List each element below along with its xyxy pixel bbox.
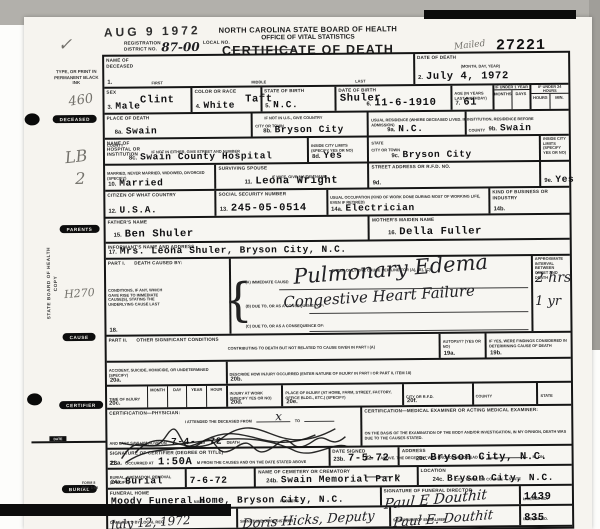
tab-parents: PARENTS: [60, 225, 100, 233]
birth-state-label: STATE OF BIRTH: [264, 88, 304, 94]
margin-mark-2: 2: [75, 169, 85, 188]
field-father: FATHER'S NAME 15.Ben Shuler: [106, 216, 371, 241]
to-label: TO: [295, 419, 300, 424]
findings-number: 19b.: [490, 350, 502, 356]
field-burial-date: 7-6-72: [187, 468, 257, 487]
autopsy-label: AUTOPSY? (YES OR NO): [443, 340, 483, 350]
ink-instruction: TYPE, OR PRINT IN PERMANENT BLACK INK: [52, 69, 100, 87]
certificate-paper: AUG 9 1972 ✓ REGISTRATION DISTRICT NO. 8…: [24, 17, 592, 529]
last-alive-date: 7-4-: [171, 436, 196, 447]
field-certification-physician: CERTIFICATION—PHYSICIAN: I ATTENDED THE …: [107, 408, 363, 448]
findings-label: IF YES, WERE FINDINGS CONSIDERED IN DETE…: [489, 339, 569, 349]
field-race: COLOR OR RACE 4.White: [193, 87, 263, 112]
immediate-cause-label: (a) IMMEDIATE CAUSE:: [245, 280, 289, 285]
residence-city-number: 9c.: [391, 153, 399, 159]
certifier-address-value: Bryson City, N.C.: [430, 451, 547, 464]
injury-state-label: STATE: [541, 394, 553, 399]
mother-value: Della Fuller: [399, 225, 482, 238]
tab-deceased: DECEASED: [53, 115, 97, 123]
age-value: 61: [463, 97, 477, 109]
first-label: FIRST: [152, 81, 163, 86]
injury-hour: HOUR: [207, 386, 226, 407]
business-label: KIND OF BUSINESS OR INDUSTRY: [492, 189, 567, 201]
date-tab: DATE: [49, 436, 66, 441]
registrar-signature: Doris Hicks, Deputy: [242, 509, 375, 529]
hours-box: HOURS: [531, 94, 550, 109]
name-label: NAME OF DECEASED: [106, 57, 140, 69]
tab-certifier: CERTIFIER: [59, 401, 103, 409]
margin-mark-h270: H270: [64, 286, 96, 301]
field-name-of-deceased: NAME OF DECEASED FIRSTClint MIDDLETaft L…: [104, 54, 415, 87]
under24-label: IF UNDER 24 HOURS: [531, 85, 568, 94]
copy-designation: STATE BOARD OF HEALTH COPY: [46, 241, 61, 325]
field-residence-icl-value: 9e.Yes: [541, 162, 569, 186]
certifier-signature-number: 23a.: [111, 461, 122, 467]
ssn-number: 13.: [220, 207, 228, 213]
sex-value: Male: [115, 100, 140, 111]
field-age-under-24-hours: IF UNDER 24 HOURS HOURS MIN.: [531, 85, 568, 109]
director-license-value: 1439: [524, 491, 552, 503]
place-of-injury-number: 20e.: [286, 399, 297, 405]
margin-rule: [31, 441, 105, 444]
scan-artifact-bottom-bar: [0, 504, 231, 516]
field-sex: SEX 3.Male: [104, 88, 192, 113]
father-value: Ben Shuler: [125, 228, 194, 241]
burial-date-value: 7-6-72: [190, 475, 228, 486]
date-signed-number: 23b.: [333, 457, 345, 463]
field-date-of-death: DATE OF DEATH (MONTH, DAY, YEAR) 2.July …: [415, 53, 568, 84]
cause-line-b: [310, 311, 529, 314]
field-burial-location: LOCATION CITY, TOWN, OR COUNTY — STATE 2…: [419, 466, 572, 485]
last-label: LAST: [355, 79, 365, 84]
mother-number: 16.: [388, 230, 396, 236]
margin-check-mark: ✓: [58, 35, 72, 55]
field-hospital: NAME OF HOSPITAL OR INSTITUTION IF NOT I…: [105, 138, 309, 164]
birth-state-number: 5.: [265, 103, 270, 109]
location-value: Bryson City, N.C.: [447, 472, 554, 484]
spouse-number: 11.: [245, 179, 253, 185]
field-place-of-injury: PLACE OF INJURY (AT HOME, FARM, STREET, …: [283, 384, 404, 406]
medical-examiner-title: CERTIFICATION—MEDICAL EXAMINER OR ACTING…: [364, 407, 538, 414]
part2-label: PART II.: [109, 338, 128, 344]
birth-date-label: DATE OF BIRTH: [338, 87, 376, 93]
street-number: 9d.: [373, 180, 381, 186]
field-age: AGE (IN YEARS LAST BIRTHDAY) 7.61: [452, 85, 494, 109]
injury-at-work-number: 20d.: [231, 400, 243, 406]
interval-a: 2 hrs: [535, 270, 571, 286]
cemetery-value: Swain Memorial Park: [281, 473, 401, 485]
field-business: KIND OF BUSINESS OR INDUSTRY 14b.: [490, 188, 569, 214]
field-death-inside-city-limits: INSIDE CITY LIMITS (SPECIFY YES OR NO) 8…: [309, 137, 370, 162]
field-surviving-spouse: SURVIVING SPOUSE IF WIFE, GIVE MAIDEN NA…: [216, 163, 369, 188]
residence-county-number: 9b.: [489, 126, 497, 132]
field-time-of-injury: TIME OF INJURY 20c. MONTH DAY YEAR HOUR: [107, 386, 228, 408]
field-mother: MOTHER'S MAIDEN NAME 16.Della Fuller: [370, 215, 570, 240]
field-injury-city: CITY OR R.F.D. 20f.: [404, 384, 474, 406]
spouse-label: SURVIVING SPOUSE: [218, 165, 267, 171]
cause-interval-column: APPROXIMATE INTERVAL BETWEEN ONSET AND D…: [533, 256, 571, 331]
field-embalmer-license: LICENSE NO. 835: [521, 506, 572, 525]
accident-number: 20a.: [110, 378, 121, 384]
form-note-line2: REV. 1-68: [82, 486, 98, 492]
mother-label: MOTHER'S MAIDEN NAME: [372, 217, 434, 223]
months-box: MONTHS: [494, 90, 513, 109]
embalmer-signature: Paul E. Douthit: [393, 508, 494, 529]
field-injury-state: STATE: [538, 383, 571, 404]
death-date-label: DATE OF DEATH: [417, 55, 456, 61]
occupation-number: 14a.: [331, 207, 342, 213]
death-date-sub: (MONTH, DAY, YEAR): [461, 64, 500, 69]
field-registrar-signature: SIGNATURE OF REGISTRAR Doris Hicks, Depu…: [238, 507, 391, 527]
death-county-number: 8a.: [115, 130, 123, 136]
field-residence-state: USUAL RESIDENCE (WHERE DECEASED LIVED. I…: [369, 112, 467, 136]
death-date-number: 2.: [418, 75, 423, 81]
race-label: COLOR OR RACE: [195, 89, 237, 95]
sex-number: 3.: [108, 105, 113, 111]
certifier-address-number: 23c.: [416, 456, 427, 462]
field-marital-status: MARRIED, NEVER MARRIED, WIDOWED, DIVORCE…: [105, 165, 217, 190]
father-label: FATHER'S NAME: [108, 219, 148, 225]
age-number: 7.: [455, 101, 460, 107]
part1-label: PART I.: [108, 261, 125, 267]
field-certification-medical-examiner: CERTIFICATION—MEDICAL EXAMINER OR ACTING…: [362, 406, 571, 446]
street-label: STREET ADDRESS OR R.F.D. NO.: [372, 164, 451, 170]
death-date-value: July 4, 1972: [426, 70, 509, 83]
ssn-value: 245-05-0514: [231, 202, 307, 215]
cemetery-number: 24b.: [266, 478, 278, 484]
field-residence-icl-header: INSIDE CITY LIMITS (SPECIFY YES OR NO): [541, 136, 569, 160]
field-state-of-birth: STATE OF BIRTH IF NOT IN U.S., GIVE COUN…: [262, 87, 336, 112]
margin-mark-lb: LB: [64, 146, 88, 167]
field-death-city: CITY OR TOWN 8b.Bryson City: [253, 112, 369, 136]
residence-county-value: Swain: [500, 122, 532, 133]
embalmer-license-value: 835: [524, 512, 545, 524]
location-number: 24c.: [433, 477, 444, 483]
death-county-value: Swain: [126, 125, 158, 136]
form-number-note: FORM 8 REV. 1-68: [82, 481, 98, 492]
residence-city-value: Bryson City: [402, 149, 471, 161]
field-part2: PART II. OTHER SIGNIFICANT CONDITIONS CO…: [107, 334, 441, 361]
field-accident-type: ACCIDENT, SUICIDE, HOMICIDE, OR UNDETERM…: [107, 362, 228, 385]
certifier-signature-label: SIGNATURE OF CERTIFIER (DEGREE OR TITLE): [110, 450, 224, 457]
describe-injury-label: DESCRIBE HOW INJURY OCCURRED (ENTER NATU…: [229, 371, 411, 377]
death-icl-number: 8d.: [312, 154, 320, 160]
attended-to-blank: [304, 415, 334, 422]
citizen-value: U.S.A.: [119, 204, 157, 215]
birth-date-value: 11-6-1910: [374, 97, 436, 110]
injury-county-label: COUNTY: [476, 394, 492, 399]
citizen-label: CITIZEN OF WHAT COUNTRY: [107, 192, 176, 198]
part2-title: OTHER SIGNIFICANT CONDITIONS: [136, 337, 218, 343]
due-to-c-label: (c) DUE TO, OR AS A CONSEQUENCE OF:: [246, 324, 324, 329]
scanned-death-certificate: AUG 9 1972 ✓ REGISTRATION DISTRICT NO. 8…: [0, 0, 600, 529]
year-prefix: 19: [201, 441, 205, 446]
tab-cause: CAUSE: [63, 333, 96, 341]
last-alive-year: 72: [209, 436, 222, 447]
hospital-value: Swain County Hospital: [140, 150, 272, 162]
registration-value: 87-00: [161, 40, 200, 54]
field-autopsy: AUTOPSY? (YES OR NO) 19a.: [441, 333, 488, 357]
days-box: DAYS: [512, 90, 529, 109]
field-informant: INFORMANT'S NAME AND ADDRESS 17.Mrs. Leo…: [106, 240, 570, 258]
marital-number: 10.: [108, 182, 116, 188]
hole-punch-bottom: [27, 393, 42, 405]
conditions-note: CONDITIONS, IF ANY, WHICH GAVE RISE TO I…: [108, 288, 166, 307]
field-ssn: SOCIAL SECURITY NUMBER 13.245-05-0514: [217, 190, 329, 216]
death-word: DEATH: [227, 441, 240, 446]
field-occupation: USUAL OCCUPATION (KIND OF WORK DONE DURI…: [328, 188, 491, 214]
injury-month: MONTH: [147, 386, 168, 407]
race-value: White: [203, 100, 235, 111]
min-box: MIN.: [550, 94, 568, 109]
field-embalmer-signature: SIGNATURE OF EMBALMER Paul E. Douthit: [391, 506, 521, 526]
field-injury-county: COUNTY: [473, 383, 538, 405]
cause-line-c: [310, 329, 529, 332]
informant-number: 17.: [109, 250, 117, 256]
marital-value: Married: [119, 177, 163, 188]
injury-year: YEAR: [187, 386, 207, 407]
citizen-number: 12.: [108, 209, 116, 215]
occupation-value: Electrician: [345, 202, 414, 214]
name-number: 1.: [107, 80, 112, 86]
field-citizen: CITIZEN OF WHAT COUNTRY 12.U.S.A.: [105, 191, 217, 217]
scan-artifact-top-bar: [424, 10, 576, 19]
father-number: 15.: [114, 233, 122, 239]
race-number: 4.: [196, 104, 201, 110]
handwritten-x-mark: x: [275, 409, 282, 423]
time-of-injury-number: 20c.: [109, 401, 120, 407]
field-street-address: STREET ADDRESS OR R.F.D. NO. 9d.: [370, 162, 542, 187]
hole-punch-top: [25, 113, 40, 125]
describe-injury-number: 20b.: [231, 377, 243, 383]
field-cemetery: NAME OF CEMETERY OR CREMATORY 24b.Swain …: [256, 467, 419, 486]
physician-cert-text: I ATTENDED THE DECEASED FROM: [185, 419, 252, 424]
field-certifier-signature: SIGNATURE OF CERTIFIER (DEGREE OR TITLE)…: [108, 448, 331, 468]
field-injury-at-work: INJURY AT WORK (SPECIFY YES OR NO) 20d.: [228, 385, 284, 406]
burial-type-number: 24a.: [111, 480, 122, 486]
birth-date-number: 6.: [366, 101, 371, 107]
margin-mark-460: 460: [68, 91, 95, 110]
field-residence-county: COUNTY 9b.Swain: [467, 111, 569, 135]
medical-examiner-text: ON THE BASIS OF THE EXAMINATION OF THE B…: [365, 430, 570, 441]
injury-day: DAY: [168, 386, 188, 407]
business-number: 14b.: [494, 206, 506, 212]
residence-state-number: 9a.: [387, 127, 395, 133]
residence-icl-yes: Yes: [555, 174, 574, 185]
interval-b: 1 yr: [535, 294, 561, 309]
ssn-label: SOCIAL SECURITY NUMBER: [219, 191, 287, 197]
field-residence-city: CITY OR TOWN 9c.Bryson City: [369, 136, 541, 161]
date-signed-value: 7-5-72: [348, 452, 390, 464]
residence-icl-label: INSIDE CITY LIMITS (SPECIFY YES OR NO): [543, 137, 567, 156]
field-funeral-director-signature: SIGNATURE OF FUNERAL DIRECTOR Paul E Dou…: [382, 486, 521, 505]
hospital-number: 8c.: [129, 155, 137, 161]
informant-value: Mrs. Leona Shuler, Bryson City, N.C.: [120, 244, 347, 257]
death-city-value: Bryson City: [275, 124, 344, 136]
handwritten-note: Mailed: [454, 39, 486, 52]
death-icl-value: Yes: [323, 150, 342, 161]
residence-state-value: N.C.: [398, 123, 423, 134]
registration-label: REGISTRATION DISTRICT NO.: [124, 40, 158, 52]
birth-state-value: N.C.: [273, 99, 298, 110]
burial-type-value: Burial: [125, 475, 163, 486]
field-date-signed: DATE SIGNED 23b.7-5-72: [330, 447, 400, 466]
accident-label: ACCIDENT, SUICIDE, HOMICIDE, OR UNDETERM…: [109, 368, 224, 378]
field-age-under-1-year: IF UNDER 1 YEAR MONTHS DAYS: [494, 85, 531, 109]
field-certifier-address: ADDRESS 23c.Bryson City, N.C.: [400, 446, 572, 465]
injury-loc-number: 20f.: [407, 398, 417, 404]
residence-icl-number: 9e.: [544, 178, 552, 184]
received-date-stamp: AUG 9 1972: [104, 23, 201, 40]
place-of-death-section: PLACE OF DEATH: [107, 115, 150, 121]
certificate-form: NAME OF DECEASED FIRSTClint MIDDLETaft L…: [102, 51, 574, 529]
field-burial-type: BURIAL, CREMATION, REMOVAL (SPECIFY) 24a…: [108, 469, 187, 488]
field-date-of-birth: DATE OF BIRTH 6.11-6-1910: [336, 86, 452, 111]
middle-label: MIDDLE: [251, 80, 266, 85]
autopsy-number: 19a.: [444, 351, 455, 357]
field-autopsy-findings: IF YES, WERE FINDINGS CONSIDERED IN DETE…: [487, 333, 571, 358]
last-saw-alive-label: AND LAST SAW HIM ALIVE ON: [109, 441, 166, 446]
field-death-county: PLACE OF DEATH COUNTY 8a.Swain: [105, 113, 254, 137]
residence-county-label: COUNTY: [469, 128, 485, 133]
part2-sub: CONTRIBUTING TO DEATH BUT NOT RELATED TO…: [228, 345, 375, 351]
death-city-number: 8b.: [263, 128, 271, 134]
cause-lines: ENTER ONLY ONE CAUSE PER LINE FOR (a), (…: [231, 256, 533, 334]
cause-number: 18.: [109, 328, 117, 334]
field-director-license: LICENSE NO. 1439: [521, 486, 572, 504]
caused-by-label: DEATH CAUSED BY:: [134, 260, 182, 266]
spouse-value: Leona Wright: [255, 175, 338, 188]
place-of-injury-label: PLACE OF INJURY (AT HOME, FARM, STREET, …: [285, 391, 400, 401]
sex-label: SEX: [106, 90, 116, 96]
physician-cert-title: CERTIFICATION—PHYSICIAN:: [109, 410, 180, 416]
field-describe-injury: DESCRIBE HOW INJURY OCCURRED (ENTER NATU…: [227, 359, 571, 384]
attended-from-blank: [256, 415, 290, 422]
cause-part1-header: PART I. DEATH CAUSED BY: CONDITIONS, IF …: [106, 259, 232, 335]
